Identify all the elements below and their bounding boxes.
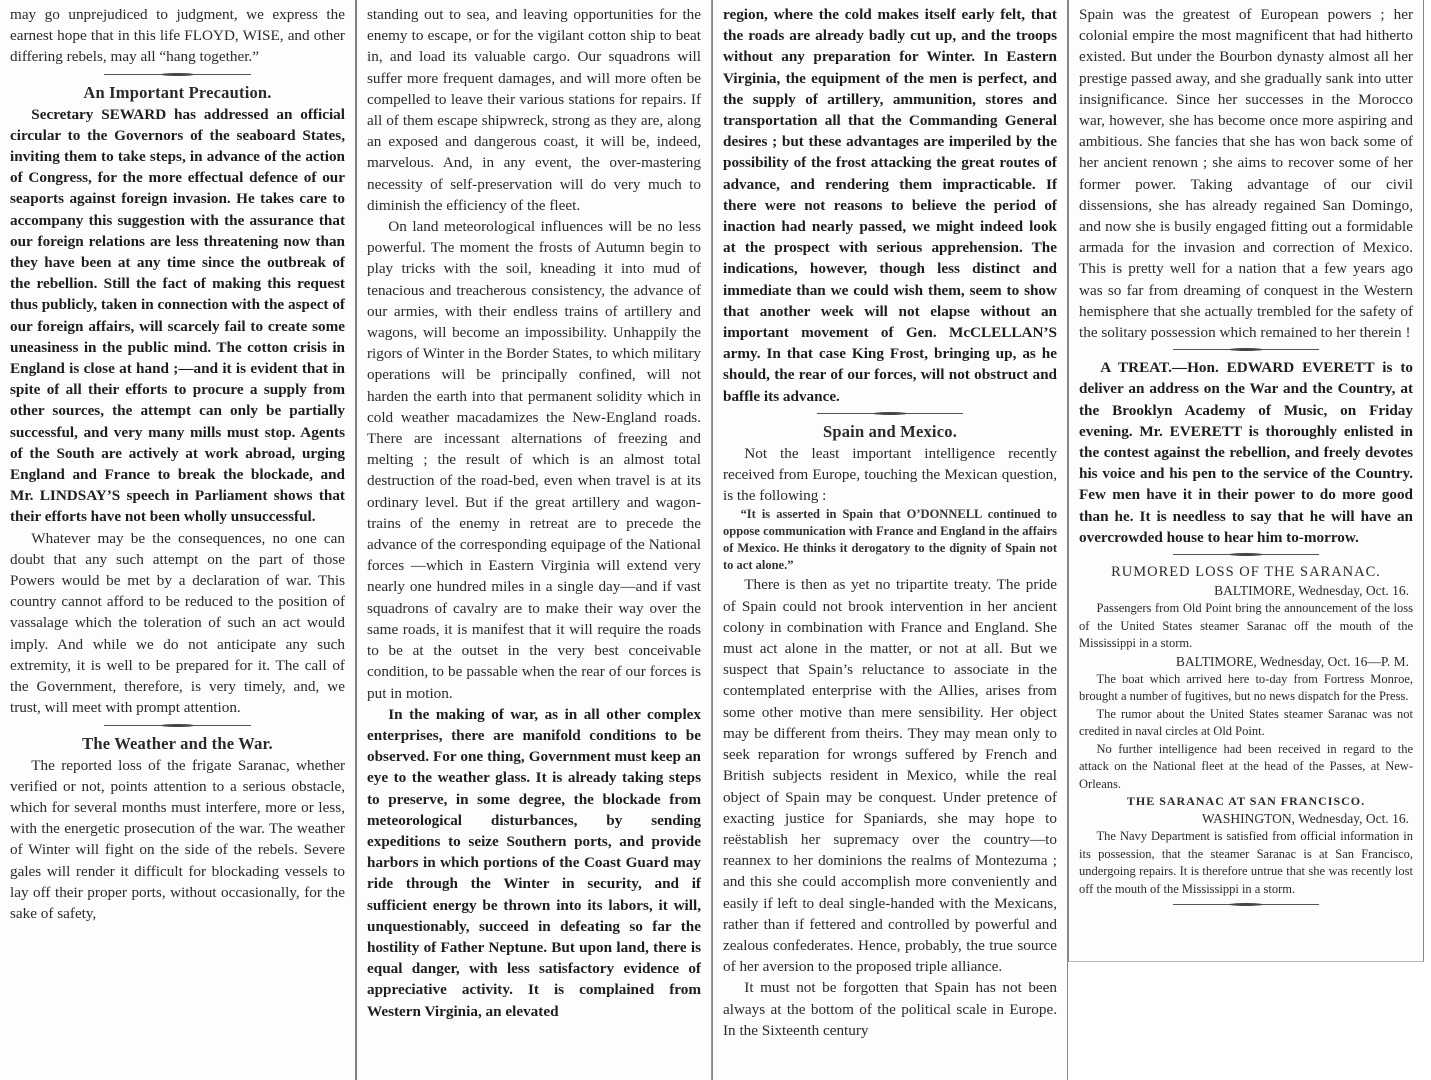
newspaper-column-1: may go unprejudiced to judgment, we expr…	[0, 0, 356, 1080]
article-paragraph: On land meteorological influences will b…	[367, 216, 701, 704]
section-divider	[723, 409, 1057, 419]
quoted-dispatch: “It is asserted in Spain that O’DONNELL …	[723, 506, 1057, 574]
article-paragraph: region, where the cold makes itself earl…	[723, 4, 1057, 407]
article-paragraph: It must not be forgotten that Spain has …	[723, 977, 1057, 1041]
headline-spain-and-mexico: Spain and Mexico.	[723, 421, 1057, 443]
dateline: BALTIMORE, Wednesday, Oct. 16—P. M.	[1079, 653, 1413, 671]
notice-a-treat: A TREAT.—Hon. EDWARD EVERETT is to deliv…	[1079, 357, 1413, 548]
dispatch-paragraph: No further intelligence had been receive…	[1079, 741, 1413, 794]
dispatch-paragraph: The Navy Department is satisfied from of…	[1079, 828, 1413, 898]
article-continuation: may go unprejudiced to judgment, we expr…	[10, 4, 345, 68]
headline-rumored-loss-saranac: RUMORED LOSS OF THE SARANAC.	[1079, 562, 1413, 582]
dispatch-paragraph: The rumor about the United States steame…	[1079, 706, 1413, 741]
article-paragraph: Whatever may be the consequences, no one…	[10, 528, 345, 719]
section-divider	[10, 721, 345, 731]
headline-weather-and-war: The Weather and the War.	[10, 733, 345, 755]
section-divider	[1079, 345, 1413, 355]
article-paragraph: standing out to sea, and leaving opportu…	[367, 4, 701, 216]
dateline: BALTIMORE, Wednesday, Oct. 16.	[1079, 582, 1413, 600]
article-paragraph: The reported loss of the frigate Saranac…	[10, 755, 345, 925]
article-paragraph: Not the least important intelligence rec…	[723, 443, 1057, 507]
article-paragraph: Spain was the greatest of European power…	[1079, 4, 1413, 343]
dispatch-paragraph: Passengers from Old Point bring the anno…	[1079, 600, 1413, 653]
section-divider	[1079, 550, 1413, 560]
newspaper-column-3: region, where the cold makes itself earl…	[712, 0, 1068, 1080]
headline-important-precaution: An Important Precaution.	[10, 82, 345, 104]
article-paragraph: In the making of war, as in all other co…	[367, 704, 701, 1022]
dateline: WASHINGTON, Wednesday, Oct. 16.	[1079, 810, 1413, 828]
dispatch-paragraph: The boat which arrived here to-day from …	[1079, 671, 1413, 706]
newspaper-column-2: standing out to sea, and leaving opportu…	[356, 0, 712, 1080]
article-paragraph: Secretary SEWARD has addressed an offici…	[10, 104, 345, 528]
section-divider	[1079, 900, 1413, 910]
section-divider	[10, 70, 345, 80]
subheadline-saranac-san-francisco: THE SARANAC AT SAN FRANCISCO.	[1079, 793, 1413, 810]
newspaper-column-4: Spain was the greatest of European power…	[1068, 0, 1424, 962]
article-paragraph: There is then as yet no tripartite treat…	[723, 574, 1057, 977]
